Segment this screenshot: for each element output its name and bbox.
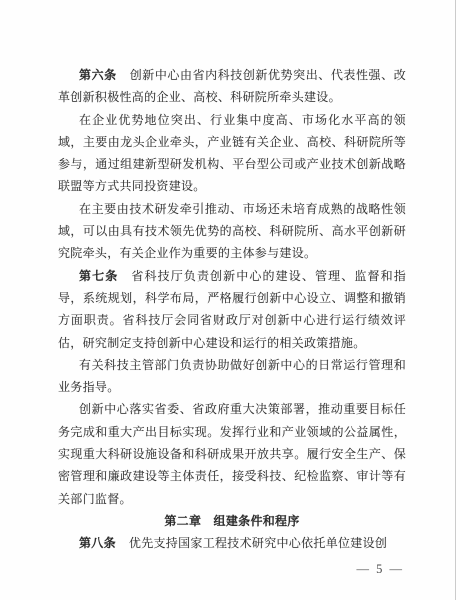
paragraph-enterprise-led: 在企业优势地位突出、行业集中度高、市场化水平高的领域，主要由龙头企业牵头，产业链…	[58, 109, 406, 198]
article-7-paragraph: 第七条省科技厅负责创新中心的建设、管理、监督和指导，系统规划，科学布局，严格履行…	[58, 265, 406, 354]
paragraph-research-led: 在主要由技术研发牵引推动、市场还未培育成熟的战略性领域，可以由具有技术领先优势的…	[58, 198, 406, 265]
paragraph-text: 有关科技主管部门负责协助做好创新中心的日常运行管理和业务指导。	[58, 358, 406, 394]
paragraph-text: 在企业优势地位突出、行业集中度高、市场化水平高的领域，主要由龙头企业牵头，产业链…	[58, 113, 406, 194]
page-number: — 5 —	[357, 562, 405, 577]
scan-edge-line	[455, 0, 456, 600]
article-7-number-label: 第七条	[79, 269, 118, 283]
chapter-2-heading: 第二章 组建条件和程序	[58, 510, 406, 532]
document-body: 第六条创新中心由省内科技创新优势突出、代表性强、改革创新积极性高的企业、高校、科…	[58, 64, 406, 555]
paragraph-responsibilities: 创新中心落实省委、省政府重大决策部署，推动重要目标任务完成和重大产出目标实现。发…	[58, 398, 406, 509]
article-6-number-label: 第六条	[79, 68, 117, 82]
article-8-paragraph: 第八条优先支持国家工程技术研究中心依托单位建设创	[58, 532, 406, 554]
article-6-paragraph: 第六条创新中心由省内科技创新优势突出、代表性强、改革创新积极性高的企业、高校、科…	[58, 64, 406, 109]
article-8-text: 优先支持国家工程技术研究中心依托单位建设创	[129, 536, 387, 550]
paragraph-daily-management: 有关科技主管部门负责协助做好创新中心的日常运行管理和业务指导。	[58, 354, 406, 399]
paragraph-text: 在主要由技术研发牵引推动、市场还未培育成熟的战略性领域，可以由具有技术领先优势的…	[58, 202, 406, 261]
paragraph-text: 创新中心落实省委、省政府重大决策部署，推动重要目标任务完成和重大产出目标实现。发…	[58, 402, 406, 505]
article-8-number-label: 第八条	[79, 536, 116, 550]
document-page: 第六条创新中心由省内科技创新优势突出、代表性强、改革创新积极性高的企业、高校、科…	[0, 0, 460, 600]
